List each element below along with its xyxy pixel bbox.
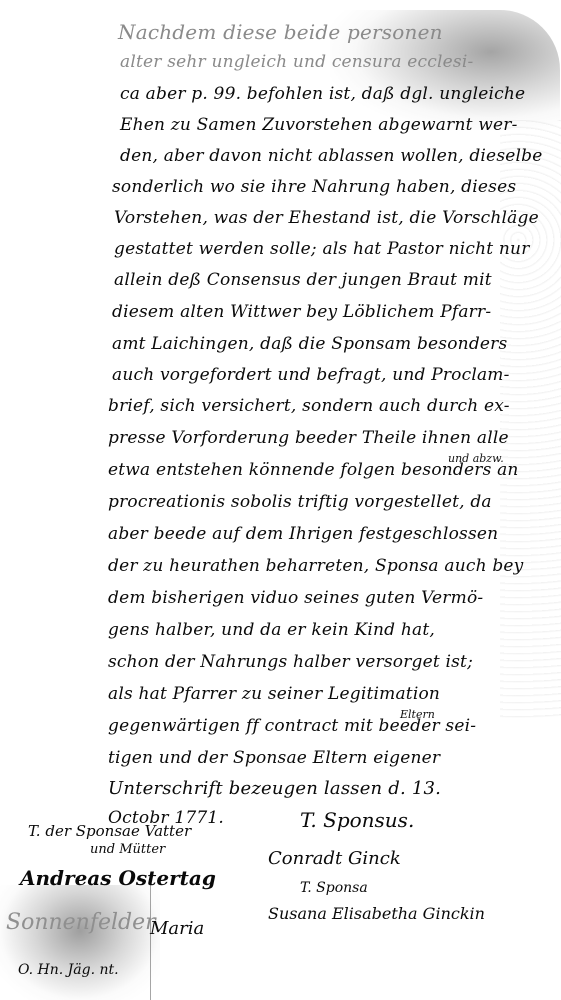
document-line-5: den, aber davon nicht ablassen wollen, d…: [120, 146, 542, 166]
document-line-22: als hat Pfarrer zu seiner Legitimation: [108, 684, 440, 704]
scanned-document-page: Nachdem diese beide personen alter sehr …: [0, 0, 561, 1000]
document-line-12: auch vorgefordert und befragt, und Procl…: [112, 365, 510, 385]
document-line-9: allein deß Consensus der jungen Braut mi…: [114, 270, 492, 290]
document-line-16: procreationis sobolis triftig vorgestell…: [108, 492, 492, 512]
document-line-10: diesem alten Wittwer bey Löblichem Pfarr…: [112, 302, 491, 322]
document-line-21: schon der Nahrungs halber versorget ist;: [108, 652, 473, 672]
document-line-3: ca aber p. 99. befohlen ist, daß dgl. un…: [120, 84, 525, 104]
signature-fragment-bottom: O. Hn. Jäg. nt.: [18, 962, 119, 978]
signature-groom: Conradt Ginck: [268, 848, 401, 869]
signature-bride-father: Andreas Ostertag: [20, 866, 216, 890]
document-line-24: tigen und der Sponsae Eltern eigener: [108, 748, 440, 768]
fold-line: [150, 880, 151, 1000]
document-line-13: brief, sich versichert, sondern auch dur…: [108, 396, 510, 416]
interlinear-note-2: Eltern: [400, 708, 435, 721]
document-line-17: aber beede auf dem Ihrigen festgeschloss…: [108, 524, 498, 544]
interlinear-note-1: und abzw.: [448, 452, 504, 465]
document-line-4: Ehen zu Samen Zuvorstehen abgewarnt wer-: [120, 115, 518, 135]
signature-bride: Susana Elisabetha Ginckin: [268, 904, 485, 923]
signature-faded-overwritten: Sonnenfelder: [6, 910, 156, 935]
document-line-11: amt Laichingen, daß die Sponsam besonder…: [112, 334, 507, 354]
document-line-8: gestattet werden solle; als hat Pastor n…: [114, 239, 530, 259]
document-line-14: presse Vorforderung beeder Theile ihnen …: [108, 428, 509, 448]
document-line-19: dem bisherigen viduo seines guten Vermö-: [108, 588, 483, 608]
signature-heading-bride: T. Sponsa: [300, 880, 368, 896]
paper-stain-bottom-left: [0, 885, 160, 1000]
signature-heading-groom: T. Sponsus.: [300, 808, 414, 832]
document-line-7: Vorstehen, was der Ehestand ist, die Vor…: [114, 208, 539, 228]
document-line-20: gens halber, und da er kein Kind hat,: [108, 620, 435, 640]
document-line-25: Unterschrift bezeugen lassen d. 13.: [108, 778, 441, 799]
signature-bride-mother: Maria: [150, 918, 204, 939]
document-line-2: alter sehr ungleich und censura ecclesi-: [120, 52, 473, 72]
signature-heading-bride-parents: T. der Sponsae Vatter: [28, 822, 191, 840]
document-line-18: der zu heurathen beharreten, Sponsa auch…: [108, 556, 523, 576]
document-line-6: sonderlich wo sie ihre Nahrung haben, di…: [112, 177, 516, 197]
signature-heading-bride-parents-line2: und Mütter: [90, 842, 165, 857]
document-line-1: Nachdem diese beide personen: [118, 20, 443, 44]
